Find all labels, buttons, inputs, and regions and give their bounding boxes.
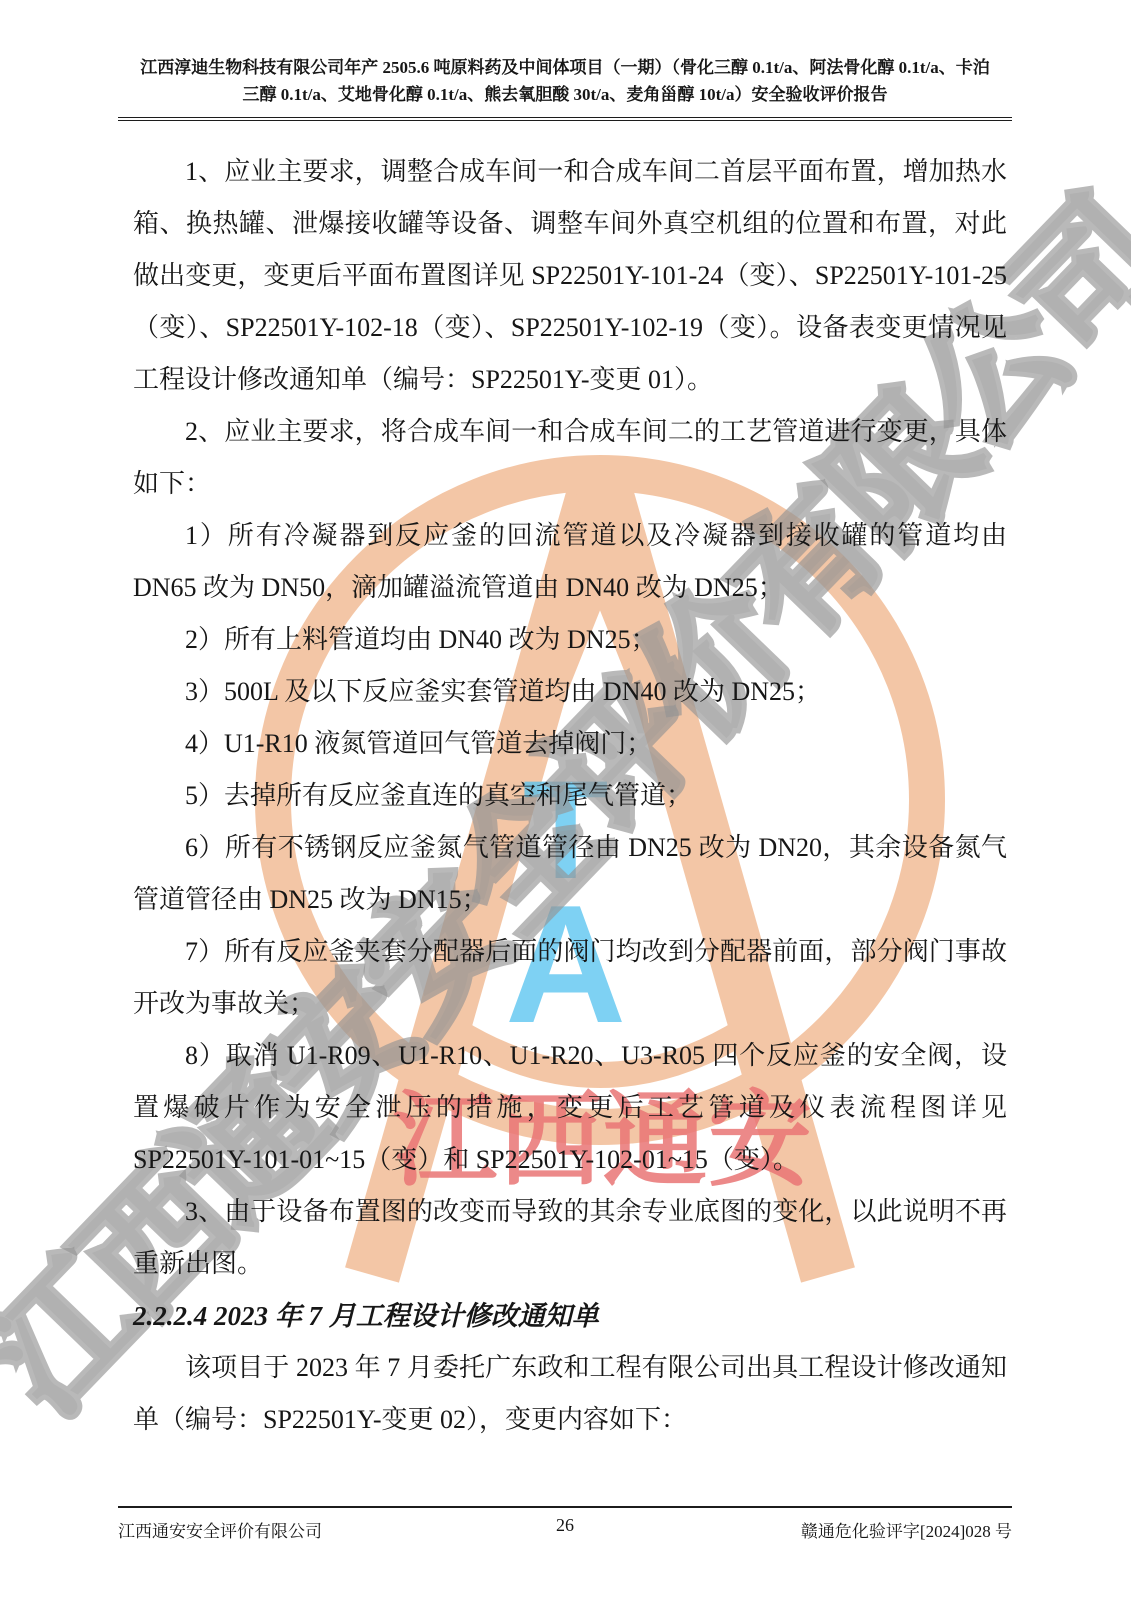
footer-company: 江西通安安全评价有限公司 [118,1517,322,1542]
paragraph: 4）U1-R10 液氮管道回气管道去掉阀门； [133,718,1007,770]
paragraph: 2）所有上料管道均由 DN40 改为 DN25； [133,614,1007,666]
paragraph: 8）取消 U1-R09、U1-R10、U1-R20、U3-R05 四个反应釜的安… [133,1030,1007,1186]
paragraph: 2、应业主要求，将合成车间一和合成车间二的工艺管道进行变更，具体如下： [133,406,1007,510]
footer-doc-number: 赣通危化验评字[2024]028 号 [801,1517,1012,1542]
paragraph: 7）所有反应釜夹套分配器后面的阀门均改到分配器前面，部分阀门事故开改为事故关； [133,926,1007,1030]
header-line-1: 江西淳迪生物科技有限公司年产 2505.6 吨原料药及中间体项目（一期）（骨化三… [118,54,1012,81]
paragraph: 1）所有冷凝器到反应釜的回流管道以及冷凝器到接收罐的管道均由 DN65 改为 D… [133,510,1007,614]
document-body: 1、应业主要求，调整合成车间一和合成车间二首层平面布置，增加热水箱、换热罐、泄爆… [133,146,1007,1446]
paragraph: 3、由于设备布置图的改变而导致的其余专业底图的变化，以此说明不再重新出图。 [133,1186,1007,1290]
paragraph: 5）去掉所有反应釜直连的真空和尾气管道； [133,770,1007,822]
paragraph: 3）500L 及以下反应釜实套管道均由 DN40 改为 DN25； [133,666,1007,718]
page-footer: 江西通安安全评价有限公司 26 赣通危化验评字[2024]028 号 [118,1506,1012,1517]
footer-page-number: 26 [556,1515,574,1536]
paragraph: 1、应业主要求，调整合成车间一和合成车间二首层平面布置，增加热水箱、换热罐、泄爆… [133,146,1007,406]
section-heading: 2.2.2.4 2023 年 7 月工程设计修改通知单 [133,1290,1007,1342]
paragraph: 6）所有不锈钢反应釜氮气管道管径由 DN25 改为 DN20，其余设备氮气管道管… [133,822,1007,926]
header-line-2: 三醇 0.1t/a、艾地骨化醇 0.1t/a、熊去氧胆酸 30t/a、麦角甾醇 … [118,81,1012,108]
page-header: 江西淳迪生物科技有限公司年产 2505.6 吨原料药及中间体项目（一期）（骨化三… [118,54,1012,121]
document-page: T A 江西通安 江西通安安全评价有限公司 江西淳迪生物科技有限公司年产 250… [0,0,1131,1600]
paragraph: 该项目于 2023 年 7 月委托广东政和工程有限公司出具工程设计修改通知单（编… [133,1342,1007,1446]
